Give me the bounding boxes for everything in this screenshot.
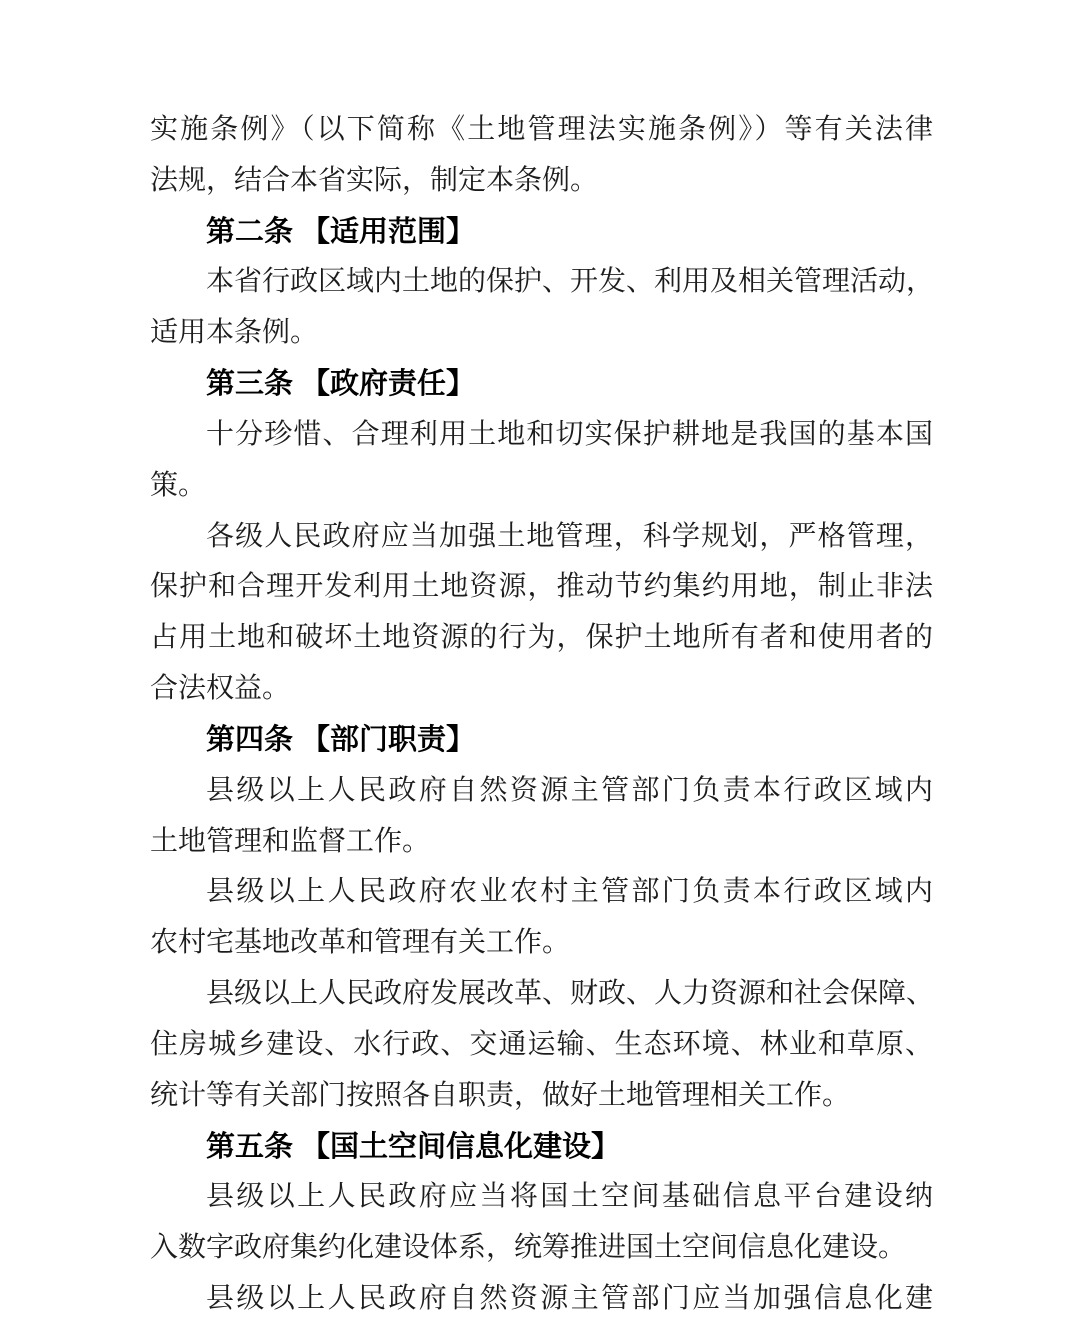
text-line: 住房城乡建设、水行政、交通运输、生态环境、林业和草原、 (150, 1020, 933, 1071)
text-line: 十分珍惜、合理利用土地和切实保护耕地是我国的基本国 (150, 410, 933, 461)
document-page: 实施条例》（以下简称《土地管理法实施条例》）等有关法律 法规，结合本省实际，制定… (0, 0, 1080, 1328)
text-line: 各级人民政府应当加强土地管理，科学规划，严格管理， (150, 512, 933, 563)
text-line: 法规，结合本省实际，制定本条例。 (150, 156, 933, 207)
text-line: 合法权益。 (150, 664, 933, 715)
text-line: 占用土地和破坏土地资源的行为，保护土地所有者和使用者的 (150, 613, 933, 664)
text-line: 统计等有关部门按照各自职责，做好土地管理相关工作。 (150, 1071, 933, 1122)
text-line: 县级以上人民政府自然资源主管部门负责本行政区域内 (150, 766, 933, 817)
article-heading-3: 第三条 【政府责任】 (150, 359, 933, 410)
text-line: 县级以上人民政府自然资源主管部门应当加强信息化建 (150, 1274, 933, 1325)
article-heading-5: 第五条 【国土空间信息化建设】 (150, 1122, 933, 1173)
document-content: 实施条例》（以下简称《土地管理法实施条例》）等有关法律 法规，结合本省实际，制定… (150, 105, 933, 1325)
text-line: 农村宅基地改革和管理有关工作。 (150, 918, 933, 969)
text-line: 策。 (150, 461, 933, 512)
text-line: 本省行政区域内土地的保护、开发、利用及相关管理活动， (150, 257, 933, 308)
text-line: 实施条例》（以下简称《土地管理法实施条例》）等有关法律 (150, 105, 933, 156)
text-line: 适用本条例。 (150, 308, 933, 359)
text-line: 入数字政府集约化建设体系，统筹推进国土空间信息化建设。 (150, 1223, 933, 1274)
text-line: 县级以上人民政府农业农村主管部门负责本行政区域内 (150, 867, 933, 918)
text-line: 县级以上人民政府应当将国土空间基础信息平台建设纳 (150, 1172, 933, 1223)
text-line: 土地管理和监督工作。 (150, 817, 933, 868)
text-line: 县级以上人民政府发展改革、财政、人力资源和社会保障、 (150, 969, 933, 1020)
article-heading-2: 第二条 【适用范围】 (150, 207, 933, 258)
text-line: 保护和合理开发利用土地资源，推动节约集约用地，制止非法 (150, 562, 933, 613)
article-heading-4: 第四条 【部门职责】 (150, 715, 933, 766)
